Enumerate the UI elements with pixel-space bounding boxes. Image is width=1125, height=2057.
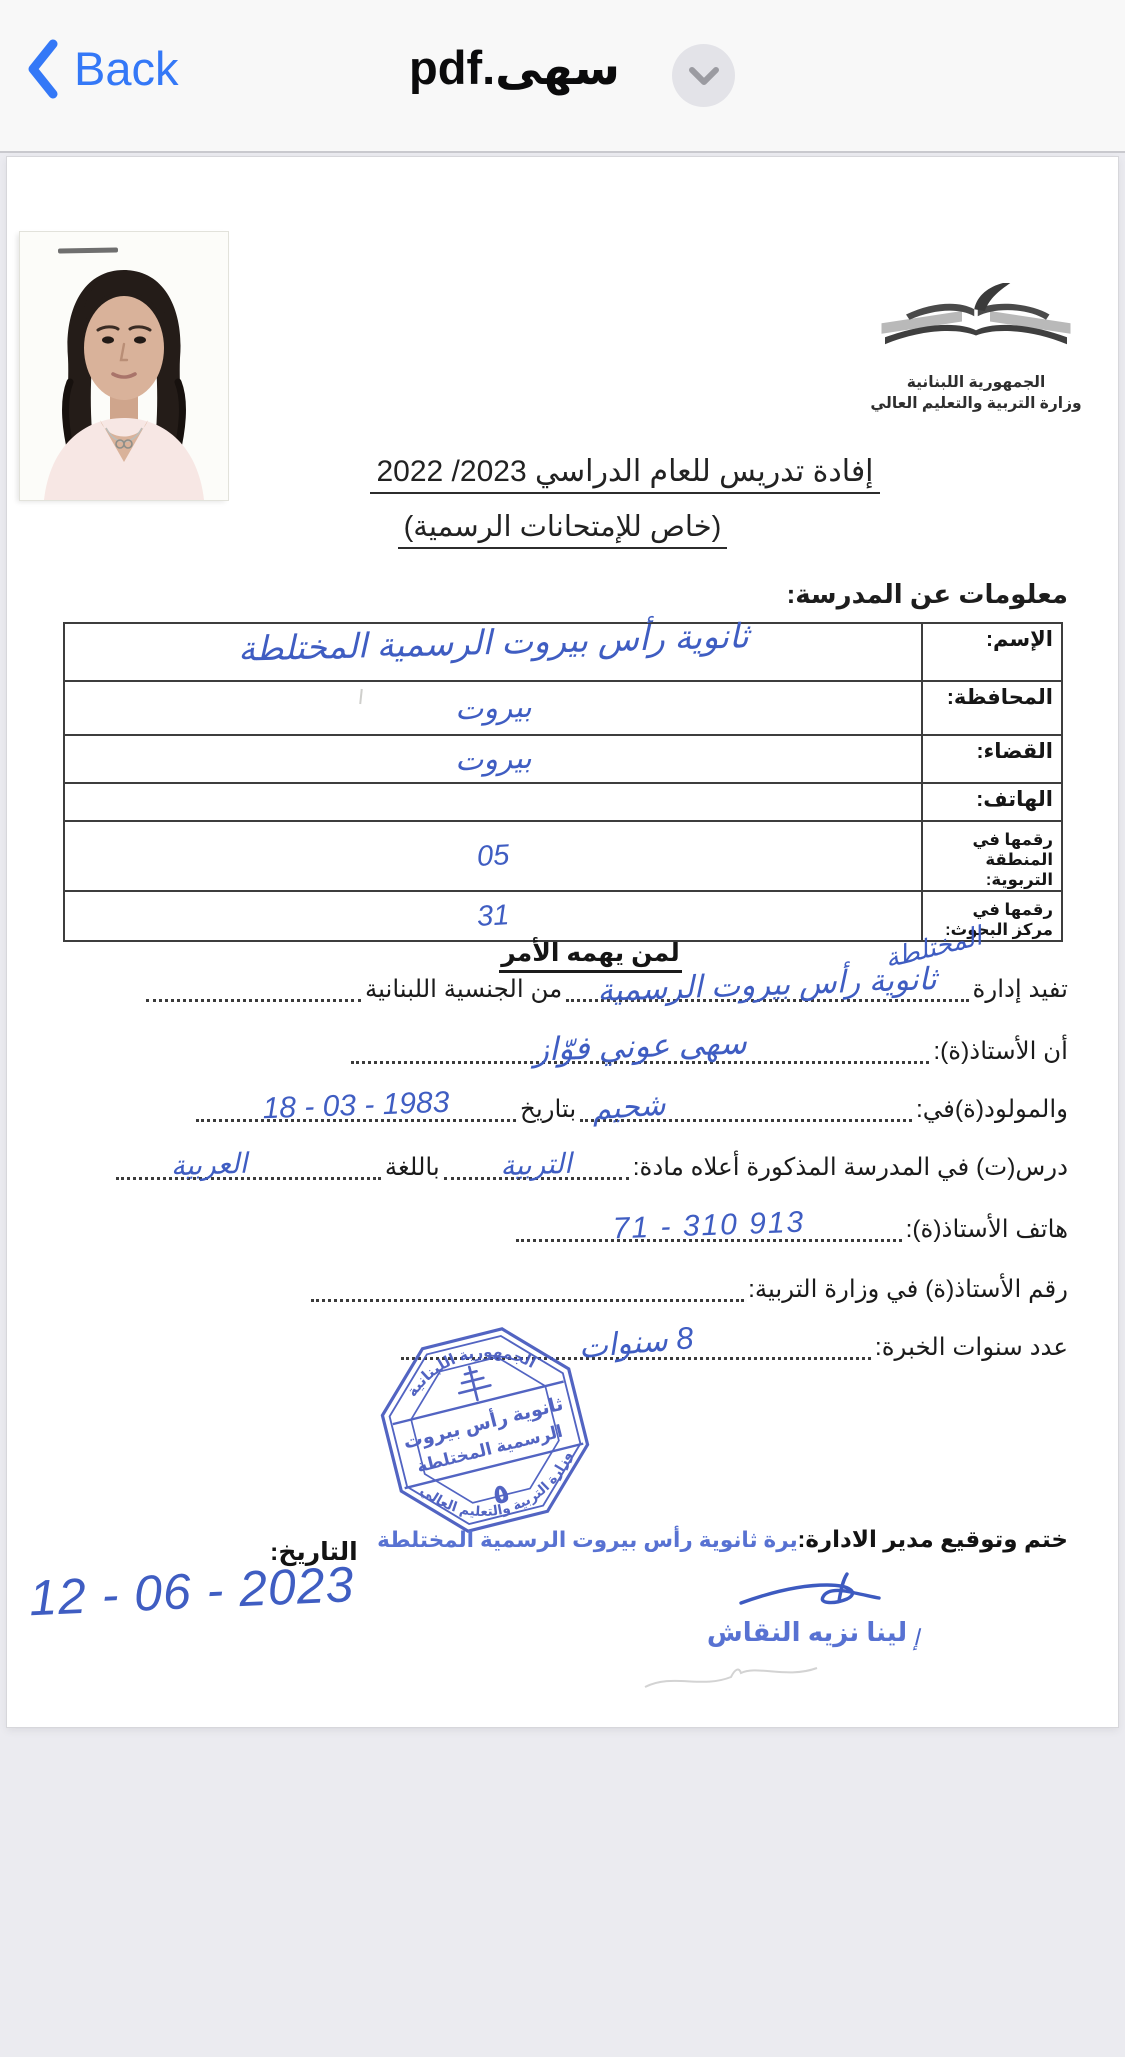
date-handwritten: 12 - 06 - 2023 [28, 1553, 410, 1628]
dotted-field: شحيم [580, 1096, 912, 1122]
table-row: رقمها في مركز البحوث: 31 [64, 891, 1062, 941]
certificate-title-text: إفادة تدريس للعام الدراسي [535, 455, 874, 488]
row-value-handwritten: 05 [476, 839, 510, 874]
language-handwritten: العربية [170, 1147, 248, 1183]
line1-prefix: تفيد إدارة [973, 971, 1068, 1009]
row-label: المحافظة: [922, 681, 1062, 735]
letter-line: والمولود(ة)في: شحيم بتاريخ 18 - 03 - 198… [192, 1083, 1068, 1129]
row-value-handwritten: بيروت [454, 689, 532, 727]
document-title: سهى.pdf [0, 40, 1077, 96]
dotted-field: ثانوية رأس بيروت الرسمية المختلطة [566, 976, 968, 1002]
certificate-title: إفادة تدريس للعام الدراسي 2022 /2023 [132, 454, 1118, 489]
seal-signature-line: ختم وتوقيع مدير الادارة:يرة ثانوية رأس ب… [377, 1526, 1068, 1553]
letter-line: تفيد إدارة ثانوية رأس بيروت الرسمية المخ… [142, 963, 1068, 1009]
dotted-field: العربية [116, 1154, 381, 1180]
navigation-bar: Back سهى.pdf [0, 0, 1125, 153]
ministry-name-line1: الجمهورية اللبنانية [845, 372, 1107, 393]
row-label: الإسم: [922, 623, 1062, 681]
certificate-subtitle: (خاص للإمتحانات الرسمية) [7, 509, 1118, 544]
row-value-handwritten: ثانوية رأس بيروت الرسمية المختلطة [237, 616, 749, 669]
line3-mid: بتاريخ [520, 1091, 576, 1129]
line7-prefix: عدد سنوات الخبرة: [875, 1329, 1068, 1367]
row-label: الهاتف: [922, 783, 1062, 821]
letter-line: درس(ت) في المدرسة المذكورة أعلاه مادة: ا… [112, 1141, 1068, 1187]
dotted-field: سهى عوني فوّاز [351, 1038, 929, 1064]
line5-prefix: هاتف الأستاذ(ة): [906, 1211, 1068, 1249]
letter-line: هاتف الأستاذ(ة): 71 - 310 913 [512, 1203, 1068, 1249]
line2-prefix: أن الأستاذ(ة): [933, 1033, 1068, 1071]
table-row: الهاتف: [64, 783, 1062, 821]
table-row: رقمها في المنطقة التربوية: 05 [64, 821, 1062, 891]
line4-prefix: درس(ت) في المدرسة المذكورة أعلاه مادة: [633, 1149, 1068, 1187]
table-row: المحافظة: بيروت [64, 681, 1062, 735]
ministry-logo: الجمهورية اللبنانية وزارة التربية والتعل… [845, 283, 1107, 414]
dotted-field: 71 - 310 913 [516, 1216, 902, 1242]
dotted-field [146, 976, 361, 1002]
birthdate-handwritten: 18 - 03 - 1983 [262, 1086, 450, 1126]
school-info-heading: معلومات عن المدرسة: [787, 579, 1068, 610]
line6-prefix: رقم الأستاذ(ة) في وزارة التربية: [748, 1271, 1068, 1309]
row-value-handwritten: 31 [476, 899, 510, 934]
phone-handwritten: 71 - 310 913 [612, 1206, 806, 1247]
line4-mid: باللغة [385, 1149, 440, 1187]
cedar-tree-icon [454, 1363, 493, 1404]
title-menu-button[interactable] [672, 44, 735, 107]
school-info-table: الإسم: ثانوية رأس بيروت الرسمية المختلطة… [63, 622, 1063, 942]
row-label: القضاء: [922, 735, 1062, 783]
table-row: الإسم: ثانوية رأس بيروت الرسمية المختلطة [64, 623, 1062, 681]
letter-line: رقم الأستاذ(ة) في وزارة التربية: [307, 1263, 1068, 1309]
row-value-handwritten: بيروت [454, 740, 532, 778]
faint-pencil-scribble [639, 1659, 824, 1700]
pdf-page: الجمهورية اللبنانية وزارة التربية والتعل… [7, 157, 1118, 1727]
table-row: القضاء: بيروت [64, 735, 1062, 783]
row-label: رقمها في المنطقة التربوية: [922, 821, 1062, 891]
dotted-field [311, 1276, 744, 1302]
ink-mark: إ [913, 1625, 919, 1651]
line3-prefix: والمولود(ة)في: [916, 1091, 1068, 1129]
seal-stamped-text: يرة ثانوية رأس بيروت الرسمية المختلطة [377, 1528, 798, 1552]
school-year: 2022 /2023 [376, 455, 526, 488]
line1-suffix: من الجنسية اللبنانية [365, 971, 562, 1009]
birthplace-handwritten: شحيم [591, 1087, 667, 1127]
seal-label: ختم وتوقيع مدير الادارة: [798, 1526, 1068, 1552]
dotted-field: 18 - 03 - 1983 [196, 1096, 516, 1122]
chevron-down-icon [687, 65, 721, 87]
school-name-handwritten: ثانوية رأس بيروت الرسمية [597, 961, 938, 1009]
dotted-field: التربية [444, 1154, 629, 1180]
letter-line: أن الأستاذ(ة): سهى عوني فوّاز [347, 1025, 1068, 1071]
director-name: لينا نزيه النقاش [662, 1617, 952, 1648]
experience-handwritten: 8 سنوات [577, 1320, 695, 1366]
open-book-quill-icon [871, 283, 1081, 367]
teacher-name-handwritten: سهى عوني فوّاز [533, 1023, 748, 1068]
ministry-name-line2: وزارة التربية والتعليم العالي [845, 393, 1107, 414]
subject-handwritten: التربية [500, 1147, 573, 1182]
